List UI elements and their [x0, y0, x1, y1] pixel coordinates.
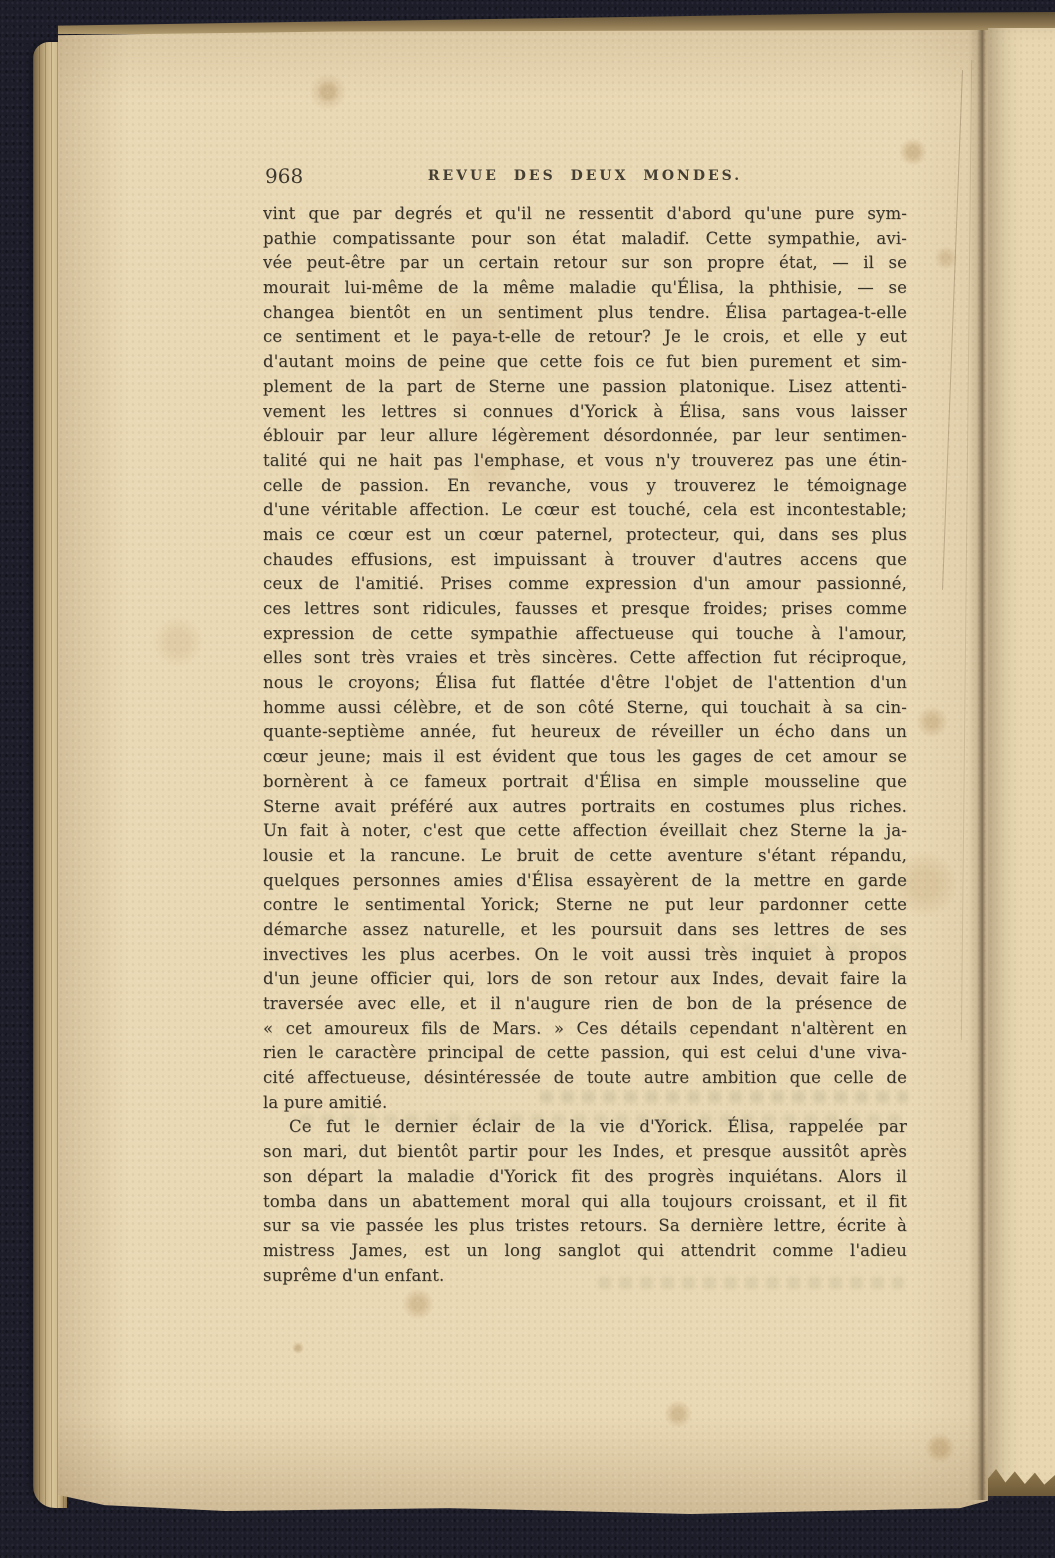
text-line: mistress James, est un long sanglot qui … — [263, 1239, 907, 1264]
text-line: ceux de l'amitié. Prises comme expressio… — [263, 572, 907, 597]
text-line: mais ce cœur est un cœur paternel, prote… — [263, 523, 907, 548]
text-line: talité qui ne hait pas l'emphase, et vou… — [263, 449, 907, 474]
text-line: chaudes effusions, est impuissant à trou… — [263, 548, 907, 573]
text-line: ce sentiment et le paya-t-elle de retour… — [263, 325, 907, 350]
text-line: elles sont très vraies et très sincères.… — [263, 646, 907, 671]
text-line: la pure amitié. — [263, 1091, 907, 1116]
text-line: suprême d'un enfant. — [263, 1264, 907, 1289]
paragraph: vint que par degrés et qu'il ne ressenti… — [263, 202, 907, 1115]
text-line: d'une véritable affection. Le cœur est t… — [263, 498, 907, 523]
paragraph: Ce fut le dernier éclair de la vie d'Yor… — [263, 1115, 907, 1288]
text-line: « cet amoureux fils de Mars. » Ces détai… — [263, 1017, 907, 1042]
text-line: expression de cette sympathie affectueus… — [263, 622, 907, 647]
text-line: ces lettres sont ridicules, fausses et p… — [263, 597, 907, 622]
text-line: tomba dans un abattement moral qui alla … — [263, 1190, 907, 1215]
text-line: démarche assez naturelle, et les poursui… — [263, 918, 907, 943]
text-line: son départ la maladie d'Yorick fit des p… — [263, 1165, 907, 1190]
text-line: cœur jeune; mais il est évident que tous… — [263, 745, 907, 770]
text-line: bornèrent à ce fameux portrait d'Élisa e… — [263, 770, 907, 795]
text-line: lousie et la rancune. Le bruit de cette … — [263, 844, 907, 869]
text-line: homme aussi célèbre, et de son côté Ster… — [263, 696, 907, 721]
page-header: 968 REVUE DES DEUX MONDES. — [263, 164, 907, 190]
text-line: rien le caractère principal de cette pas… — [263, 1041, 907, 1066]
text-line: invectives les plus acerbes. On le voit … — [263, 943, 907, 968]
page-content: 968 REVUE DES DEUX MONDES. vint que par … — [263, 164, 907, 1288]
text-line: plement de la part de Sterne une passion… — [263, 375, 907, 400]
text-line: vint que par degrés et qu'il ne ressenti… — [263, 202, 907, 227]
text-line: nous le croyons; Élisa fut flattée d'êtr… — [263, 671, 907, 696]
adjacent-page — [988, 28, 1055, 1490]
text-line: d'un jeune officier qui, lors de son ret… — [263, 967, 907, 992]
text-line: changea bientôt en un sentiment plus ten… — [263, 301, 907, 326]
text-line: éblouir par leur allure légèrement désor… — [263, 424, 907, 449]
text-line: Un fait à noter, c'est que cette affecti… — [263, 819, 907, 844]
text-line: contre le sentimental Yorick; Sterne ne … — [263, 893, 907, 918]
text-line: mourait lui-même de la même maladie qu'É… — [263, 276, 907, 301]
text-line: d'autant moins de peine que cette fois c… — [263, 350, 907, 375]
text-line: quelques personnes amies d'Élisa essayèr… — [263, 869, 907, 894]
running-title: REVUE DES DEUX MONDES. — [263, 164, 907, 188]
text-line: vement les lettres si connues d'Yorick à… — [263, 400, 907, 425]
paper-grain — [988, 28, 1055, 1490]
text-line: vée peut-être par un certain retour sur … — [263, 251, 907, 276]
text-line: cité affectueuse, désintéressée de toute… — [263, 1066, 907, 1091]
text-line: son mari, dut bientôt partir pour les In… — [263, 1140, 907, 1165]
text-line: quante-septième année, fut heureux de ré… — [263, 720, 907, 745]
scanned-book-photo: 968 REVUE DES DEUX MONDES. vint que par … — [0, 0, 1055, 1558]
text-line: pathie compatissante pour son état malad… — [263, 227, 907, 252]
page-number: 968 — [265, 164, 303, 188]
text-line: traversée avec elle, et il n'augure rien… — [263, 992, 907, 1017]
text-line: Ce fut le dernier éclair de la vie d'Yor… — [263, 1115, 907, 1140]
text-line: Sterne avait préféré aux autres portrait… — [263, 795, 907, 820]
body-text: vint que par degrés et qu'il ne ressenti… — [263, 202, 907, 1288]
text-line: celle de passion. En revanche, vous y tr… — [263, 474, 907, 499]
text-line: sur sa vie passée les plus tristes retou… — [263, 1214, 907, 1239]
